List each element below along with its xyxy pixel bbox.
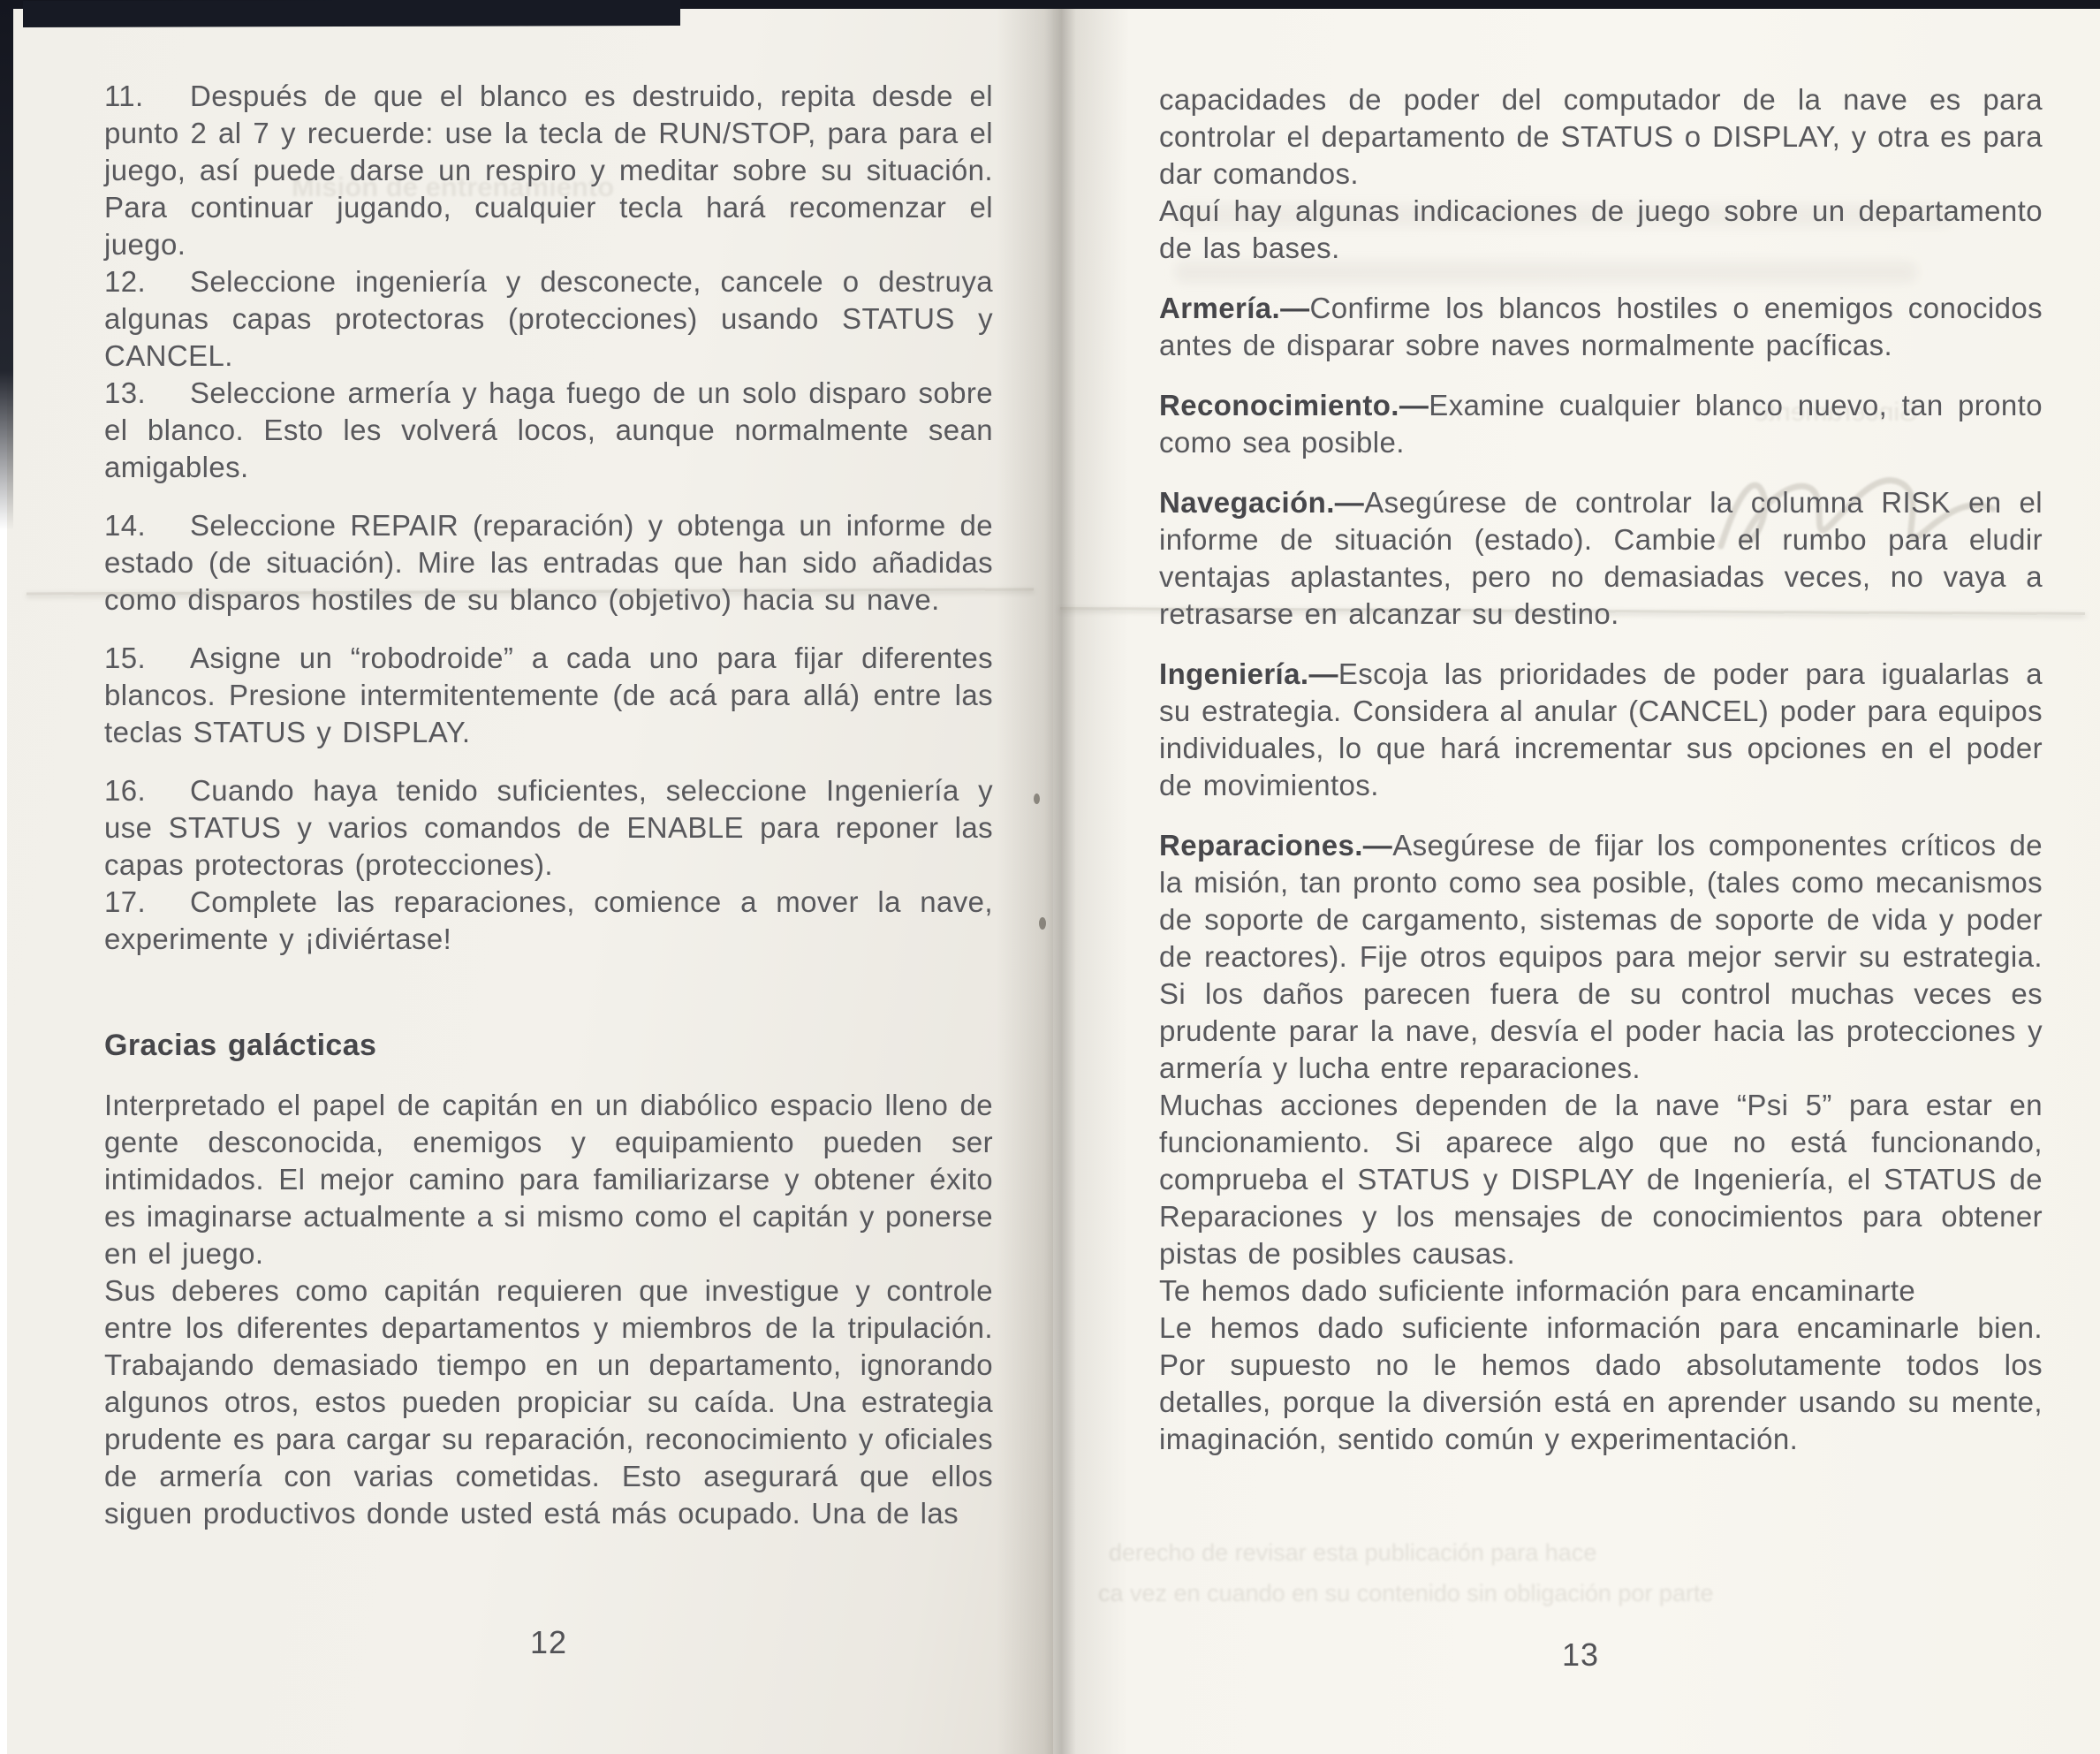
scan-speck: [1034, 793, 1040, 804]
section-lead: Ingeniería.—: [1159, 657, 1338, 690]
instruction-item-16: 16.Cuando haya tenido suficientes, selec…: [104, 772, 993, 884]
left-page-text: 11.Después de que el blanco es destruido…: [104, 78, 993, 1532]
paragraph: Sus deberes como capitán requieren que i…: [104, 1272, 993, 1532]
instruction-item-15: 15.Asigne un “robodroide” a cada uno par…: [104, 640, 993, 751]
instruction-item-17: 17.Complete las reparaciones, comience a…: [104, 884, 993, 958]
section-text: Asegúrese de fijar los componentes críti…: [1159, 829, 2043, 1084]
section-lead: Armería.—: [1159, 292, 1310, 324]
item-text: Cuando haya tenido suficientes, seleccio…: [104, 774, 993, 881]
item-number: 13.: [104, 375, 190, 412]
item-number: 11.: [104, 78, 190, 115]
instruction-item-12: 12.Seleccione ingeniería y desconecte, c…: [104, 263, 993, 375]
paragraph: Te hemos dado suficiente información par…: [1159, 1272, 2043, 1310]
paragraph: capacidades de poder del computador de l…: [1159, 81, 2043, 193]
item-text: Seleccione REPAIR (reparación) y obtenga…: [104, 509, 993, 616]
item-number: 12.: [104, 263, 190, 300]
item-number: 17.: [104, 884, 190, 921]
section-reconocimiento: Reconocimiento.—Examine cualquier blanco…: [1159, 387, 2043, 461]
paragraph: Aquí hay algunas indicaciones de juego s…: [1159, 193, 2043, 267]
page-number-right: 13: [1562, 1636, 1599, 1674]
page-number-left: 12: [530, 1624, 567, 1661]
right-page-text: capacidades de poder del computador de l…: [1159, 81, 2043, 1458]
item-number: 14.: [104, 507, 190, 544]
item-number: 15.: [104, 640, 190, 677]
section-lead: Reparaciones.—: [1159, 829, 1392, 862]
paragraph: Muchas acciones dependen de la nave “Psi…: [1159, 1087, 2043, 1272]
paragraph: Le hemos dado suficiente información par…: [1159, 1310, 2043, 1458]
item-text: Después de que el blanco es destruido, r…: [104, 80, 993, 261]
section-lead: Navegación.—: [1159, 486, 1364, 519]
scanner-edge-top-left: [23, 0, 680, 27]
instruction-item-14: 14.Seleccione REPAIR (reparación) y obte…: [104, 507, 993, 619]
item-text: Seleccione armería y haga fuego de un so…: [104, 376, 993, 483]
item-number: 16.: [104, 772, 190, 809]
paragraph: Interpretado el papel de capitán en un d…: [104, 1087, 993, 1272]
item-text: Seleccione ingeniería y desconecte, canc…: [104, 265, 993, 372]
instruction-item-11: 11.Después de que el blanco es destruido…: [104, 78, 993, 263]
item-text: Asigne un “robodroide” a cada uno para f…: [104, 642, 993, 748]
section-reparaciones: Reparaciones.—Asegúrese de fijar los com…: [1159, 827, 2043, 1087]
section-lead: Reconocimiento.—: [1159, 389, 1429, 421]
instruction-item-13: 13.Seleccione armería y haga fuego de un…: [104, 375, 993, 486]
scanner-edge-left: [0, 0, 13, 530]
scan-speck: [1039, 917, 1046, 930]
page-fold-gutter: [997, 0, 1129, 1754]
item-text: Complete las reparaciones, comience a mo…: [104, 885, 993, 955]
section-heading-gracias-galacticas: Gracias galácticas: [104, 1027, 993, 1064]
section-armeria: Armería.—Confirme los blancos hostiles o…: [1159, 290, 2043, 364]
section-ingenieria: Ingeniería.—Escoja las prioridades de po…: [1159, 656, 2043, 804]
section-navegacion: Navegación.—Asegúrese de controlar la co…: [1159, 484, 2043, 633]
